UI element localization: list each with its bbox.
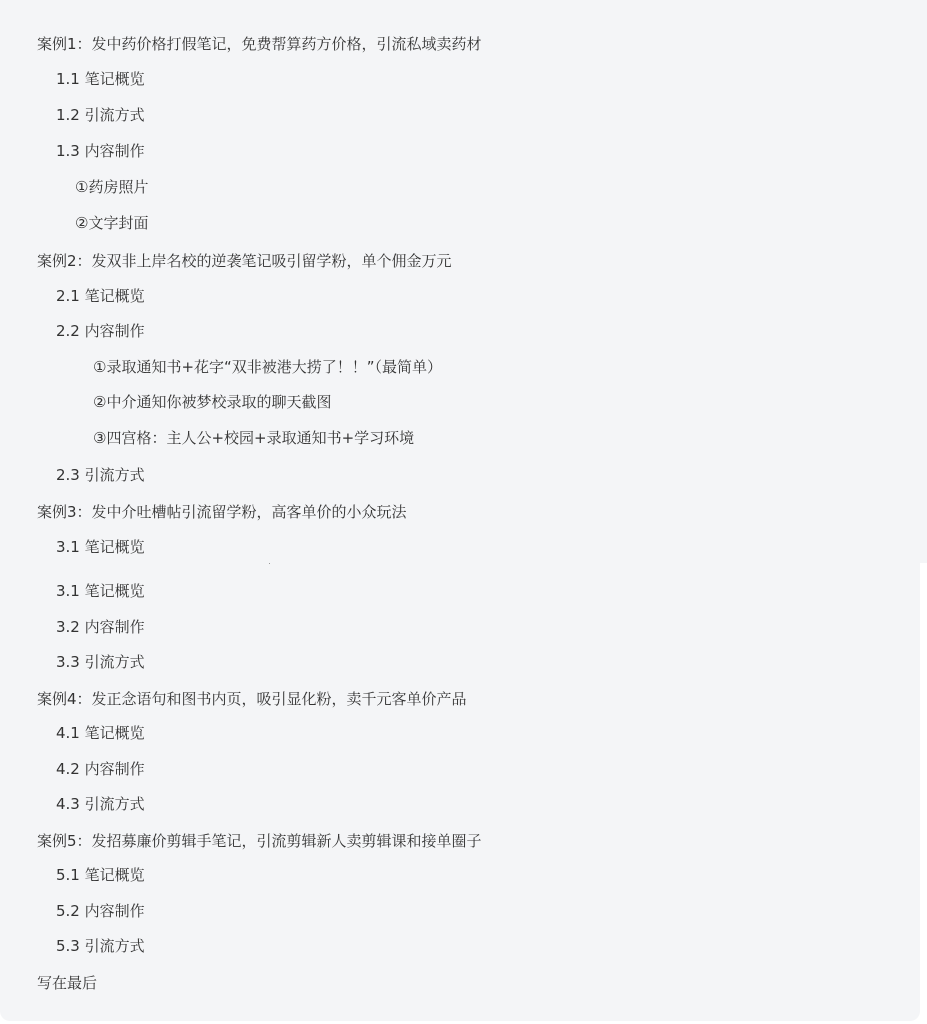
stray-dot xyxy=(269,563,270,564)
toc-subitem-2-2-3[interactable]: ③四宫格：主人公+校园+录取通知书+学习环境 xyxy=(93,428,414,448)
toc-subitem-1-3-1[interactable]: ①药房照片 xyxy=(75,177,148,197)
toc-item-3-2[interactable]: 3.2 内容制作 xyxy=(56,617,145,637)
toc-item-4-3[interactable]: 4.3 引流方式 xyxy=(56,794,145,814)
toc-case-4[interactable]: 案例4：发正念语句和图书内页，吸引显化粉，卖千元客单价产品 xyxy=(37,689,467,709)
toc-item-3-3[interactable]: 3.3 引流方式 xyxy=(56,652,145,672)
toc-item-2-3[interactable]: 2.3 引流方式 xyxy=(56,465,145,485)
toc-item-2-2[interactable]: 2.2 内容制作 xyxy=(56,321,145,341)
toc-item-5-2[interactable]: 5.2 内容制作 xyxy=(56,901,145,921)
toc-subitem-2-2-1[interactable]: ①录取通知书+花字“双非被港大捞了！！”（最简单） xyxy=(93,357,442,377)
toc-item-5-3[interactable]: 5.3 引流方式 xyxy=(56,936,145,956)
toc-item-2-1[interactable]: 2.1 笔记概览 xyxy=(56,286,145,306)
toc-item-4-2[interactable]: 4.2 内容制作 xyxy=(56,759,145,779)
toc-closing[interactable]: 写在最后 xyxy=(37,973,97,993)
toc-case-5[interactable]: 案例5：发招募廉价剪辑手笔记，引流剪辑新人卖剪辑课和接单圈子 xyxy=(37,831,482,851)
toc-subitem-1-3-2[interactable]: ②文字封面 xyxy=(75,213,148,233)
toc-subitem-2-2-2[interactable]: ②中介通知你被梦校录取的聊天截图 xyxy=(93,392,331,412)
toc-item-5-1[interactable]: 5.1 笔记概览 xyxy=(56,865,145,885)
toc-case-3[interactable]: 案例3：发中介吐槽帖引流留学粉，高客单价的小众玩法 xyxy=(37,502,407,522)
toc-item-1-1[interactable]: 1.1 笔记概览 xyxy=(56,69,145,89)
toc-item-4-1[interactable]: 4.1 笔记概览 xyxy=(56,723,145,743)
toc-case-1[interactable]: 案例1：发中药价格打假笔记，免费帮算药方价格，引流私域卖药材 xyxy=(37,34,482,54)
toc-item-1-3[interactable]: 1.3 内容制作 xyxy=(56,141,145,161)
toc-item-3-1-duplicate[interactable]: 3.1 笔记概览 xyxy=(56,581,145,601)
toc-item-1-2[interactable]: 1.2 引流方式 xyxy=(56,105,145,125)
toc-item-3-1[interactable]: 3.1 笔记概览 xyxy=(56,537,145,557)
toc-case-2[interactable]: 案例2：发双非上岸名校的逆袭笔记吸引留学粉，单个佣金万元 xyxy=(37,251,452,271)
